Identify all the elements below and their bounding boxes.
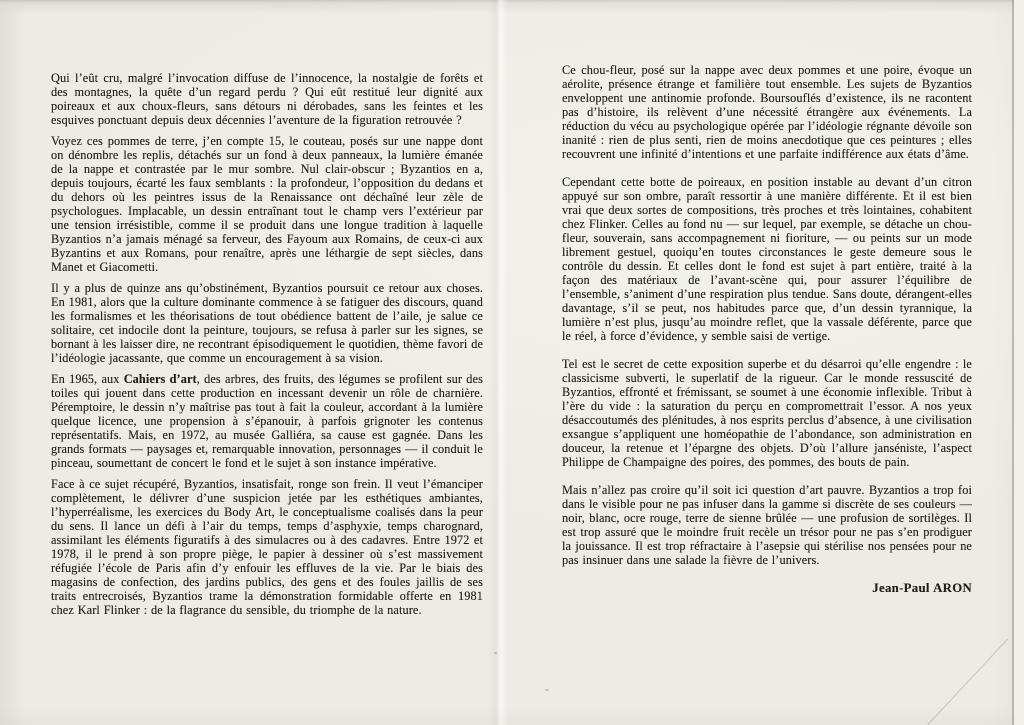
scan-speck xyxy=(545,689,549,691)
scan-right-edge xyxy=(1012,0,1014,725)
body-text: Face à ce sujet récupéré, Byzantios, ins… xyxy=(51,477,483,617)
scan-right-margin xyxy=(1014,0,1024,725)
body-text: , des arbres, des fruits, des légumes se… xyxy=(51,372,483,470)
scanned-page: Qui l’eût cru, malgré l’invocation diffu… xyxy=(0,0,1024,725)
paragraph: En 1965, aux Cahiers d’art, des arbres, … xyxy=(51,372,483,470)
scan-speck xyxy=(494,652,497,654)
paragraph: Ce chou-fleur, posé sur la nappe avec de… xyxy=(562,63,972,161)
paragraph: Qui l’eût cru, malgré l’invocation diffu… xyxy=(51,71,483,127)
body-text: Ce chou-fleur, posé sur la nappe avec de… xyxy=(562,63,972,161)
body-text: Tel est le secret de cette exposition su… xyxy=(562,357,972,469)
paragraph: Tel est le secret de cette exposition su… xyxy=(562,357,972,469)
right-column: Ce chou-fleur, posé sur la nappe avec de… xyxy=(562,63,972,595)
body-text: En 1965, aux xyxy=(51,372,124,386)
paragraph: Cependant cette botte de poireaux, en po… xyxy=(562,175,972,343)
bottom-right-crease xyxy=(928,639,1009,725)
paragraph: Mais n’allez pas croire qu’il soit ici q… xyxy=(562,483,972,567)
body-text: Mais n’allez pas croire qu’il soit ici q… xyxy=(562,483,972,567)
bold-text: Cahiers d’art xyxy=(124,372,197,386)
body-text: Qui l’eût cru, malgré l’invocation diffu… xyxy=(51,71,483,127)
paragraph: Face à ce sujet récupéré, Byzantios, ins… xyxy=(51,477,483,617)
signature: Jean-Paul ARON xyxy=(562,581,972,595)
paragraph: Il y a plus de quinze ans qu’obstinément… xyxy=(51,281,483,365)
paragraph: Voyez ces pommes de terre, j’en compte 1… xyxy=(51,134,483,274)
body-text: Il y a plus de quinze ans qu’obstinément… xyxy=(51,281,483,365)
left-column: Qui l’eût cru, malgré l’invocation diffu… xyxy=(51,71,483,624)
page-gutter-crease xyxy=(488,0,508,725)
body-text: Voyez ces pommes de terre, j’en compte 1… xyxy=(51,134,483,274)
body-text: Cependant cette botte de poireaux, en po… xyxy=(562,175,972,343)
